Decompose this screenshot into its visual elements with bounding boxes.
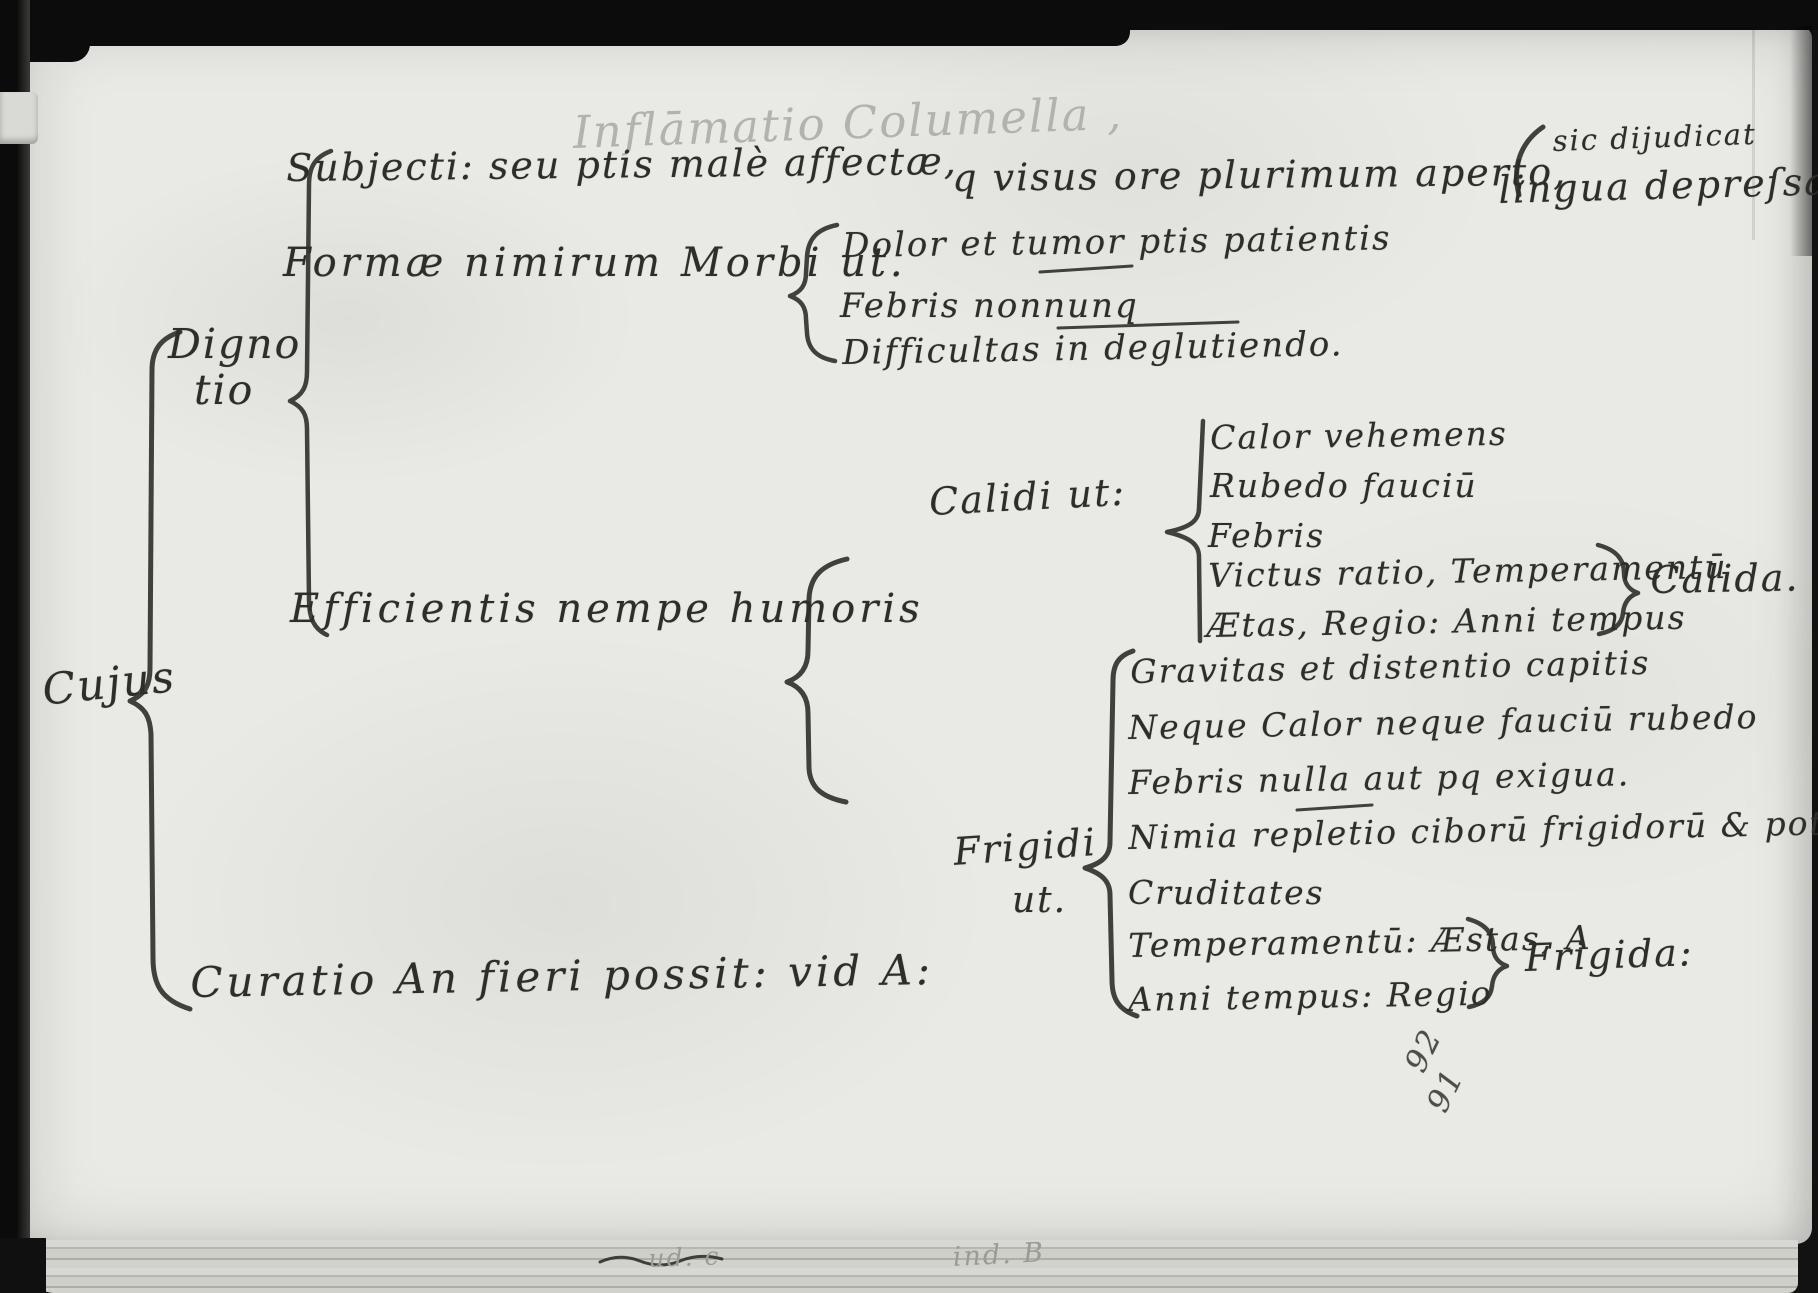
bleed-mark-left: ud. c [648, 1241, 721, 1272]
page-right-edge-shadow [1790, 26, 1812, 256]
formae-item-dolor: Dolor et tumor ptis patientis [842, 218, 1392, 266]
subjecti-text-3: lingua depreſsa [1498, 159, 1818, 212]
calida-brace-note: Calida. [1650, 555, 1800, 602]
frigidi-item-anni-tempus: Anni tempus: Regio [1128, 974, 1493, 1019]
scan-corner-bottom-left [0, 1238, 46, 1293]
formae-label: Formæ nimirum Morbi ut. [283, 240, 907, 286]
frigidi-label-line2: ut. [1012, 880, 1067, 921]
subjecti-text-1: Subjecti: seu ptis malè affectæ, [286, 139, 958, 190]
subjecti-superscript: sic dijudicat [1552, 117, 1757, 158]
formae-item-febris: Febris nonnunq [840, 286, 1139, 326]
dignotio-label-line1: Digno [168, 320, 301, 368]
efficientis-label: Efficientis nempe humoris [290, 586, 924, 632]
scan-top-border-left [0, 0, 1130, 46]
book-spine-edge [0, 0, 30, 1293]
page-edge-tab [0, 92, 38, 144]
frigidi-item-temperamentu: Temperamentū: Æstas, A [1128, 918, 1592, 965]
frigidi-item-cruditates: Cruditates [1128, 873, 1325, 912]
calidi-item-calor: Calor vehemens [1210, 414, 1508, 457]
calidi-item-febris: Febris [1208, 516, 1325, 555]
scan-corner-top-right [1388, 0, 1818, 26]
dignotio-label-line2: tio [194, 366, 254, 414]
bleed-mark-right: ind. B [952, 1237, 1046, 1273]
subjecti-text-2: q visus ore plurimum aperto, [952, 150, 1567, 200]
frigida-brace-note: Frigida: [1524, 930, 1694, 980]
calidi-item-rubedo: Rubedo fauciū [1210, 466, 1478, 505]
manuscript-scan: { "colors": { "ink": "#2e2e2a", "paper":… [0, 0, 1818, 1293]
page-stack-edges [30, 1240, 1798, 1293]
